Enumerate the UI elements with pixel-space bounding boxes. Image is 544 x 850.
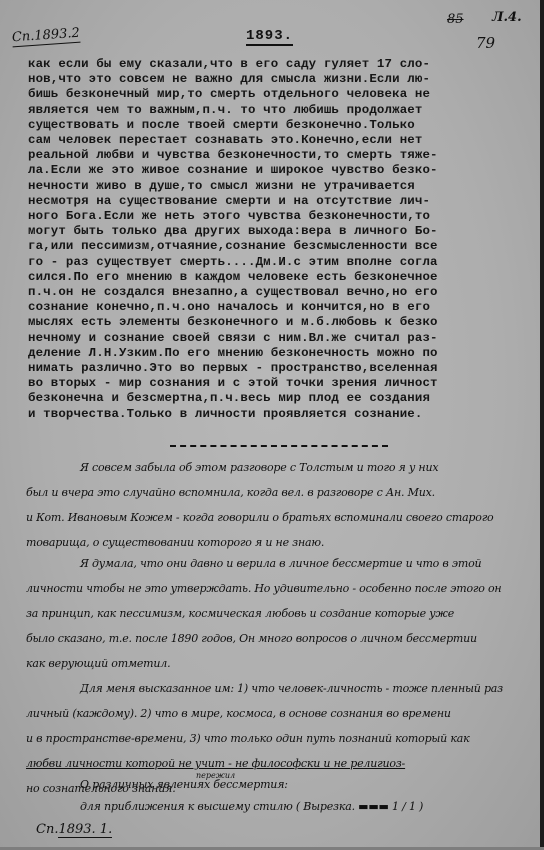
typed-line: несмотря на существование смерти и на от… [28,194,528,209]
typed-line: го - раз существует смерть....Дм.И.с эти… [28,255,528,270]
typed-line: является чем то важным,п.ч. то что любиш… [28,103,528,118]
typed-line: п.ч.он не создался внезапно,а существова… [28,285,528,300]
typed-line: и творчества.Только в личности проявляет… [28,407,528,422]
typed-line: ного Бога.Если же неть этого чувства без… [28,209,528,224]
handwritten-line: был и вчера это случайно вспомнила, когд… [26,480,520,505]
archive-ref-prefix: Сп. [36,822,58,837]
handwritten-line: личности чтобы не это утверждать. Но уди… [26,576,520,601]
typed-line: сам человек перестает сознавать это.Коне… [28,133,528,148]
handwritten-paragraph-1: Я совсем забыла об этом разговоре с Толс… [26,455,520,555]
typewritten-text-block: как если бы ему сказали,что в его саду г… [28,57,528,422]
typed-line: сился.По его мнению в каждом человеке ес… [28,270,528,285]
handwritten-paragraph-4: О различных явлениях бессмертия: для при… [26,774,520,818]
handwritten-line: О различных явлениях бессмертия: [26,774,520,796]
handwritten-paragraph-2: Я думала, что они давно и верила в лично… [26,551,520,676]
crossed-out-folio-number: 85 [447,12,464,27]
handwritten-line: было сказано, т.е. после 1890 годов, Он … [26,626,520,651]
handwritten-line: Я думала, что они давно и верила в лично… [26,551,520,576]
handwritten-line: личный (каждому). 2) что в мире, космоса… [26,701,520,726]
typed-line: мыслях есть элементы безконечного и м.б.… [28,315,528,330]
typed-line: безконечна и безсмертна,п.ч.весь мир пло… [28,391,528,406]
handwritten-line: и Кот. Ивановым Кожем - когда говорили о… [26,505,520,530]
handwritten-line: за принцип, как пессимизм, космическая л… [26,601,520,626]
typed-line: сознание конечно,п.ч.оно началось и конч… [28,300,528,315]
typed-line: га,или пессимизм,отчаяние,сознание безсм… [28,239,528,254]
page-title-year: 1893. [246,28,293,46]
handwritten-line: для приближения к высшему стилю ( Вырезк… [26,796,520,818]
archive-reference-bottom: Сп.1893. 1. [36,822,112,837]
handwritten-line: и в пространстве-времени, 3) что только … [26,726,520,751]
scan-edge-right [540,0,544,850]
typed-line: могут быть только два других выхода:вера… [28,224,528,239]
archive-ref-number: 1893. 1. [58,822,112,838]
dashed-divider [170,445,388,447]
typed-line: деление Л.Н.Узким.По его мнению безконеч… [28,346,528,361]
archive-reference-top: Сп.1893.2 [11,26,80,48]
handwritten-line: Для меня высказанное им: 1) что человек-… [26,676,520,701]
typed-line: реальной любви и чувства безконечности,т… [28,148,528,163]
typed-line: как если бы ему сказали,что в его саду г… [28,57,528,72]
folio-sheet-mark: Л.4. [492,10,522,25]
typed-line: бишь безконечный мир,то смерть отдельног… [28,87,528,102]
typed-line: нимать различно.Это во первых - простран… [28,361,528,376]
typed-line: во вторых - мир сознания и с этой точки … [28,376,528,391]
typed-line: нов,что это совсем не важно для смысла ж… [28,72,528,87]
folio-number: 79 [476,34,495,52]
typed-line: ла.Если же это живое сознание и широкое … [28,163,528,178]
typed-line: нечному и сознание своей связи с ним.Вл.… [28,331,528,346]
typed-line: существовать и после твоей смерти безкон… [28,118,528,133]
archival-page: Сп.1893.2 1893. 85 Л.4. 79 как если бы е… [0,0,544,850]
handwritten-line: как верующий отметил. [26,651,520,676]
handwritten-line: Я совсем забыла об этом разговоре с Толс… [26,455,520,480]
handwritten-line: любви личности которой не учит - не фило… [26,751,520,776]
typed-line: нечности живо в душе,то смысл жизни не у… [28,179,528,194]
